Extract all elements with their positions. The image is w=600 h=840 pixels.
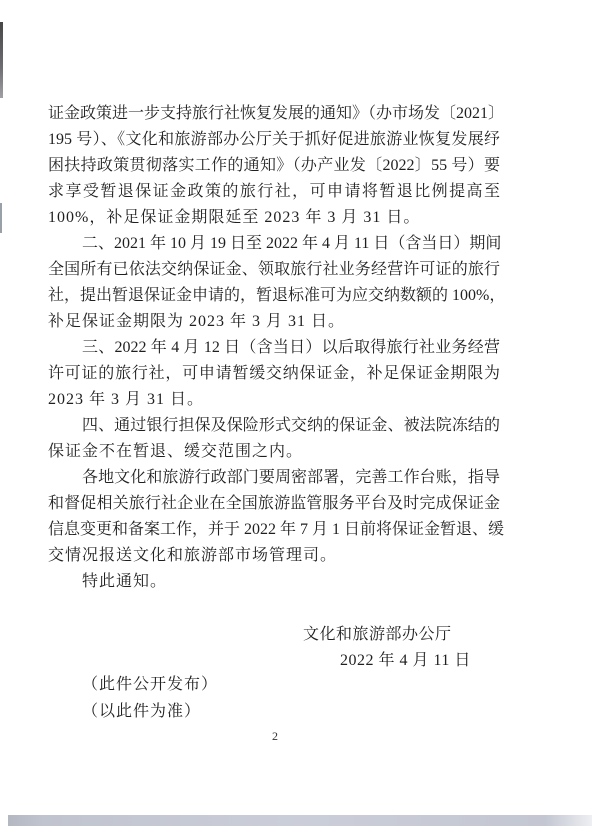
text-line: 各地文化和旅游行政部门要周密部署，完善工作台账，指导 [48, 465, 500, 491]
text-line: 四、通过银行担保及保险形式交纳的保证金、被法院冻结的 [48, 413, 500, 439]
scan-bottom-shadow [8, 815, 592, 826]
note-authoritative: （以此件为准） [82, 699, 201, 725]
text-line: 许可证的旅行社，可申请暂缓交纳保证金，补足保证金期限为 [48, 361, 500, 387]
text-line: 交情况报送文化和旅游部市场管理司。 [48, 543, 500, 569]
text-line: 100%，补足保证金期限延至 2023 年 3 月 31 日。 [48, 205, 500, 231]
text-line: 特此通知。 [48, 569, 500, 595]
text-line: 和督促相关旅行社企业在全国旅游监管服务平台及时完成保证金 [48, 491, 500, 517]
signature-date: 2022 年 4 月 11 日 [340, 648, 471, 674]
signature-issuer: 文化和旅游部办公厅 [303, 622, 452, 648]
text-line: 全国所有已依法交纳保证金、领取旅行社业务经营许可证的旅行 [48, 257, 500, 283]
text-line: 保证金不在暂退、缓交范围之内。 [48, 439, 500, 465]
text-line: 困扶持政策贯彻落实工作的通知》（办产业发〔2022〕55 号）要 [48, 153, 500, 179]
scan-edge-mark-top [0, 22, 3, 98]
page-number: 2 [268, 728, 282, 744]
body-text: 证金政策进一步支持旅行社恢复发展的通知》（办市场发〔2021〕 195 号）、《… [48, 101, 500, 595]
text-line: 补足保证金期限为 2023 年 3 月 31 日。 [48, 309, 500, 335]
note-public-release: （此件公开发布） [82, 672, 218, 698]
text-line: 2023 年 3 月 31 日。 [48, 387, 500, 413]
text-line: 三、2022 年 4 月 12 日（含当日）以后取得旅行社业务经营 [48, 335, 500, 361]
document-page: 证金政策进一步支持旅行社恢复发展的通知》（办市场发〔2021〕 195 号）、《… [0, 0, 600, 840]
text-line: 二、2021 年 10 月 19 日至 2022 年 4 月 11 日（含当日）… [48, 231, 500, 257]
text-line: 社，提出暂退保证金申请的，暂退标准可为应交纳数额的 100%， [48, 283, 500, 309]
text-line: 195 号）、《文化和旅游部办公厅关于抓好促进旅游业恢复发展纾 [48, 127, 500, 153]
text-line: 信息变更和备案工作，并于 2022 年 7 月 1 日前将保证金暂退、缓 [48, 517, 500, 543]
scan-edge-mark-mid [0, 203, 2, 233]
text-line: 求享受暂退保证金政策的旅行社，可申请将暂退比例提高至 [48, 179, 500, 205]
text-line: 证金政策进一步支持旅行社恢复发展的通知》（办市场发〔2021〕 [48, 101, 500, 127]
